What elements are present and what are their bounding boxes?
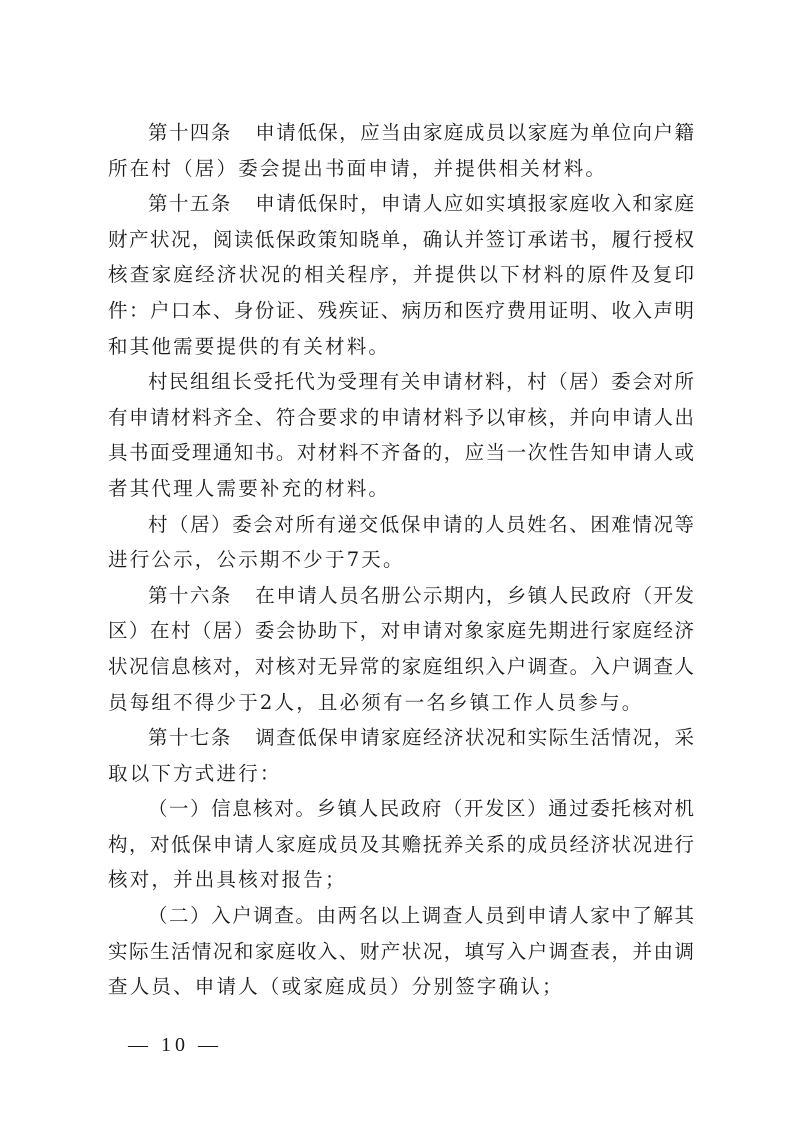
article-heading: 第十六条 [148,584,232,607]
item-2-line-1: （二）入户调查。由两名以上调查人员到申请人家中了解其 [108,898,694,934]
article-14-line-2: 所在村（居）委会提出书面申请，并提供相关材料。 [108,151,694,187]
article-15-line-1: 第十五条申请低保时，申请人应如实填报家庭收入和家庭 [108,186,694,222]
article-15-line-5: 和其他需要提供的有关材料。 [108,329,694,365]
document-body: 第十四条申请低保，应当由家庭成员以家庭为单位向户籍 所在村（居）委会提出书面申请… [108,115,694,1005]
article-17-line-2: 取以下方式进行： [108,756,694,792]
item-1-line-2: 构，对低保申请人家庭成员及其赡抚养关系的成员经济状况进行 [108,827,694,863]
article-16-line-1: 第十六条在申请人员名册公示期内，乡镇人民政府（开发 [108,578,694,614]
article-heading: 第十五条 [148,192,232,215]
paragraph-line: 进行公示，公示期不少于7天。 [108,542,694,578]
article-17-line-1: 第十七条调查低保申请家庭经济状况和实际生活情况，采 [108,720,694,756]
article-16-line-2: 区）在村（居）委会协助下，对申请对象家庭先期进行家庭经济 [108,613,694,649]
item-2-line-2: 实际生活情况和家庭收入、财产状况，填写入户调查表，并由调 [108,934,694,970]
article-15-line-2: 财产状况，阅读低保政策知晓单，确认并签订承诺书，履行授权 [108,222,694,258]
article-15-line-3: 核查家庭经济状况的相关程序，并提供以下材料的原件及复印 [108,257,694,293]
article-16-line-3: 状况信息核对，对核对无异常的家庭组织入户调查。入户调查人 [108,649,694,685]
article-15-line-4: 件：户口本、身份证、残疾证、病历和医疗费用证明、收入声明 [108,293,694,329]
item-1-line-1: （一）信息核对。乡镇人民政府（开发区）通过委托核对机 [108,791,694,827]
article-heading: 第十四条 [148,121,232,144]
paragraph-line: 村（居）委会对所有递交低保申请的人员姓名、困难情况等 [108,507,694,543]
article-16-line-4: 员每组不得少于2人，且必须有一名乡镇工作人员参与。 [108,685,694,721]
paragraph-line: 具书面受理通知书。对材料不齐备的，应当一次性告知申请人或 [108,435,694,471]
item-2-line-3: 查人员、申请人（或家庭成员）分别签字确认； [108,969,694,1005]
paragraph-line: 村民组组长受托代为受理有关申请材料，村（居）委会对所 [108,364,694,400]
article-heading: 第十七条 [148,726,232,749]
article-14-line-1: 第十四条申请低保，应当由家庭成员以家庭为单位向户籍 [108,115,694,151]
paragraph-line: 有申请材料齐全、符合要求的申请材料予以审核，并向申请人出 [108,400,694,436]
paragraph-line: 者其代理人需要补充的材料。 [108,471,694,507]
page-number: — 10 — [128,1034,222,1057]
item-1-line-3: 核对，并出具核对报告； [108,862,694,898]
